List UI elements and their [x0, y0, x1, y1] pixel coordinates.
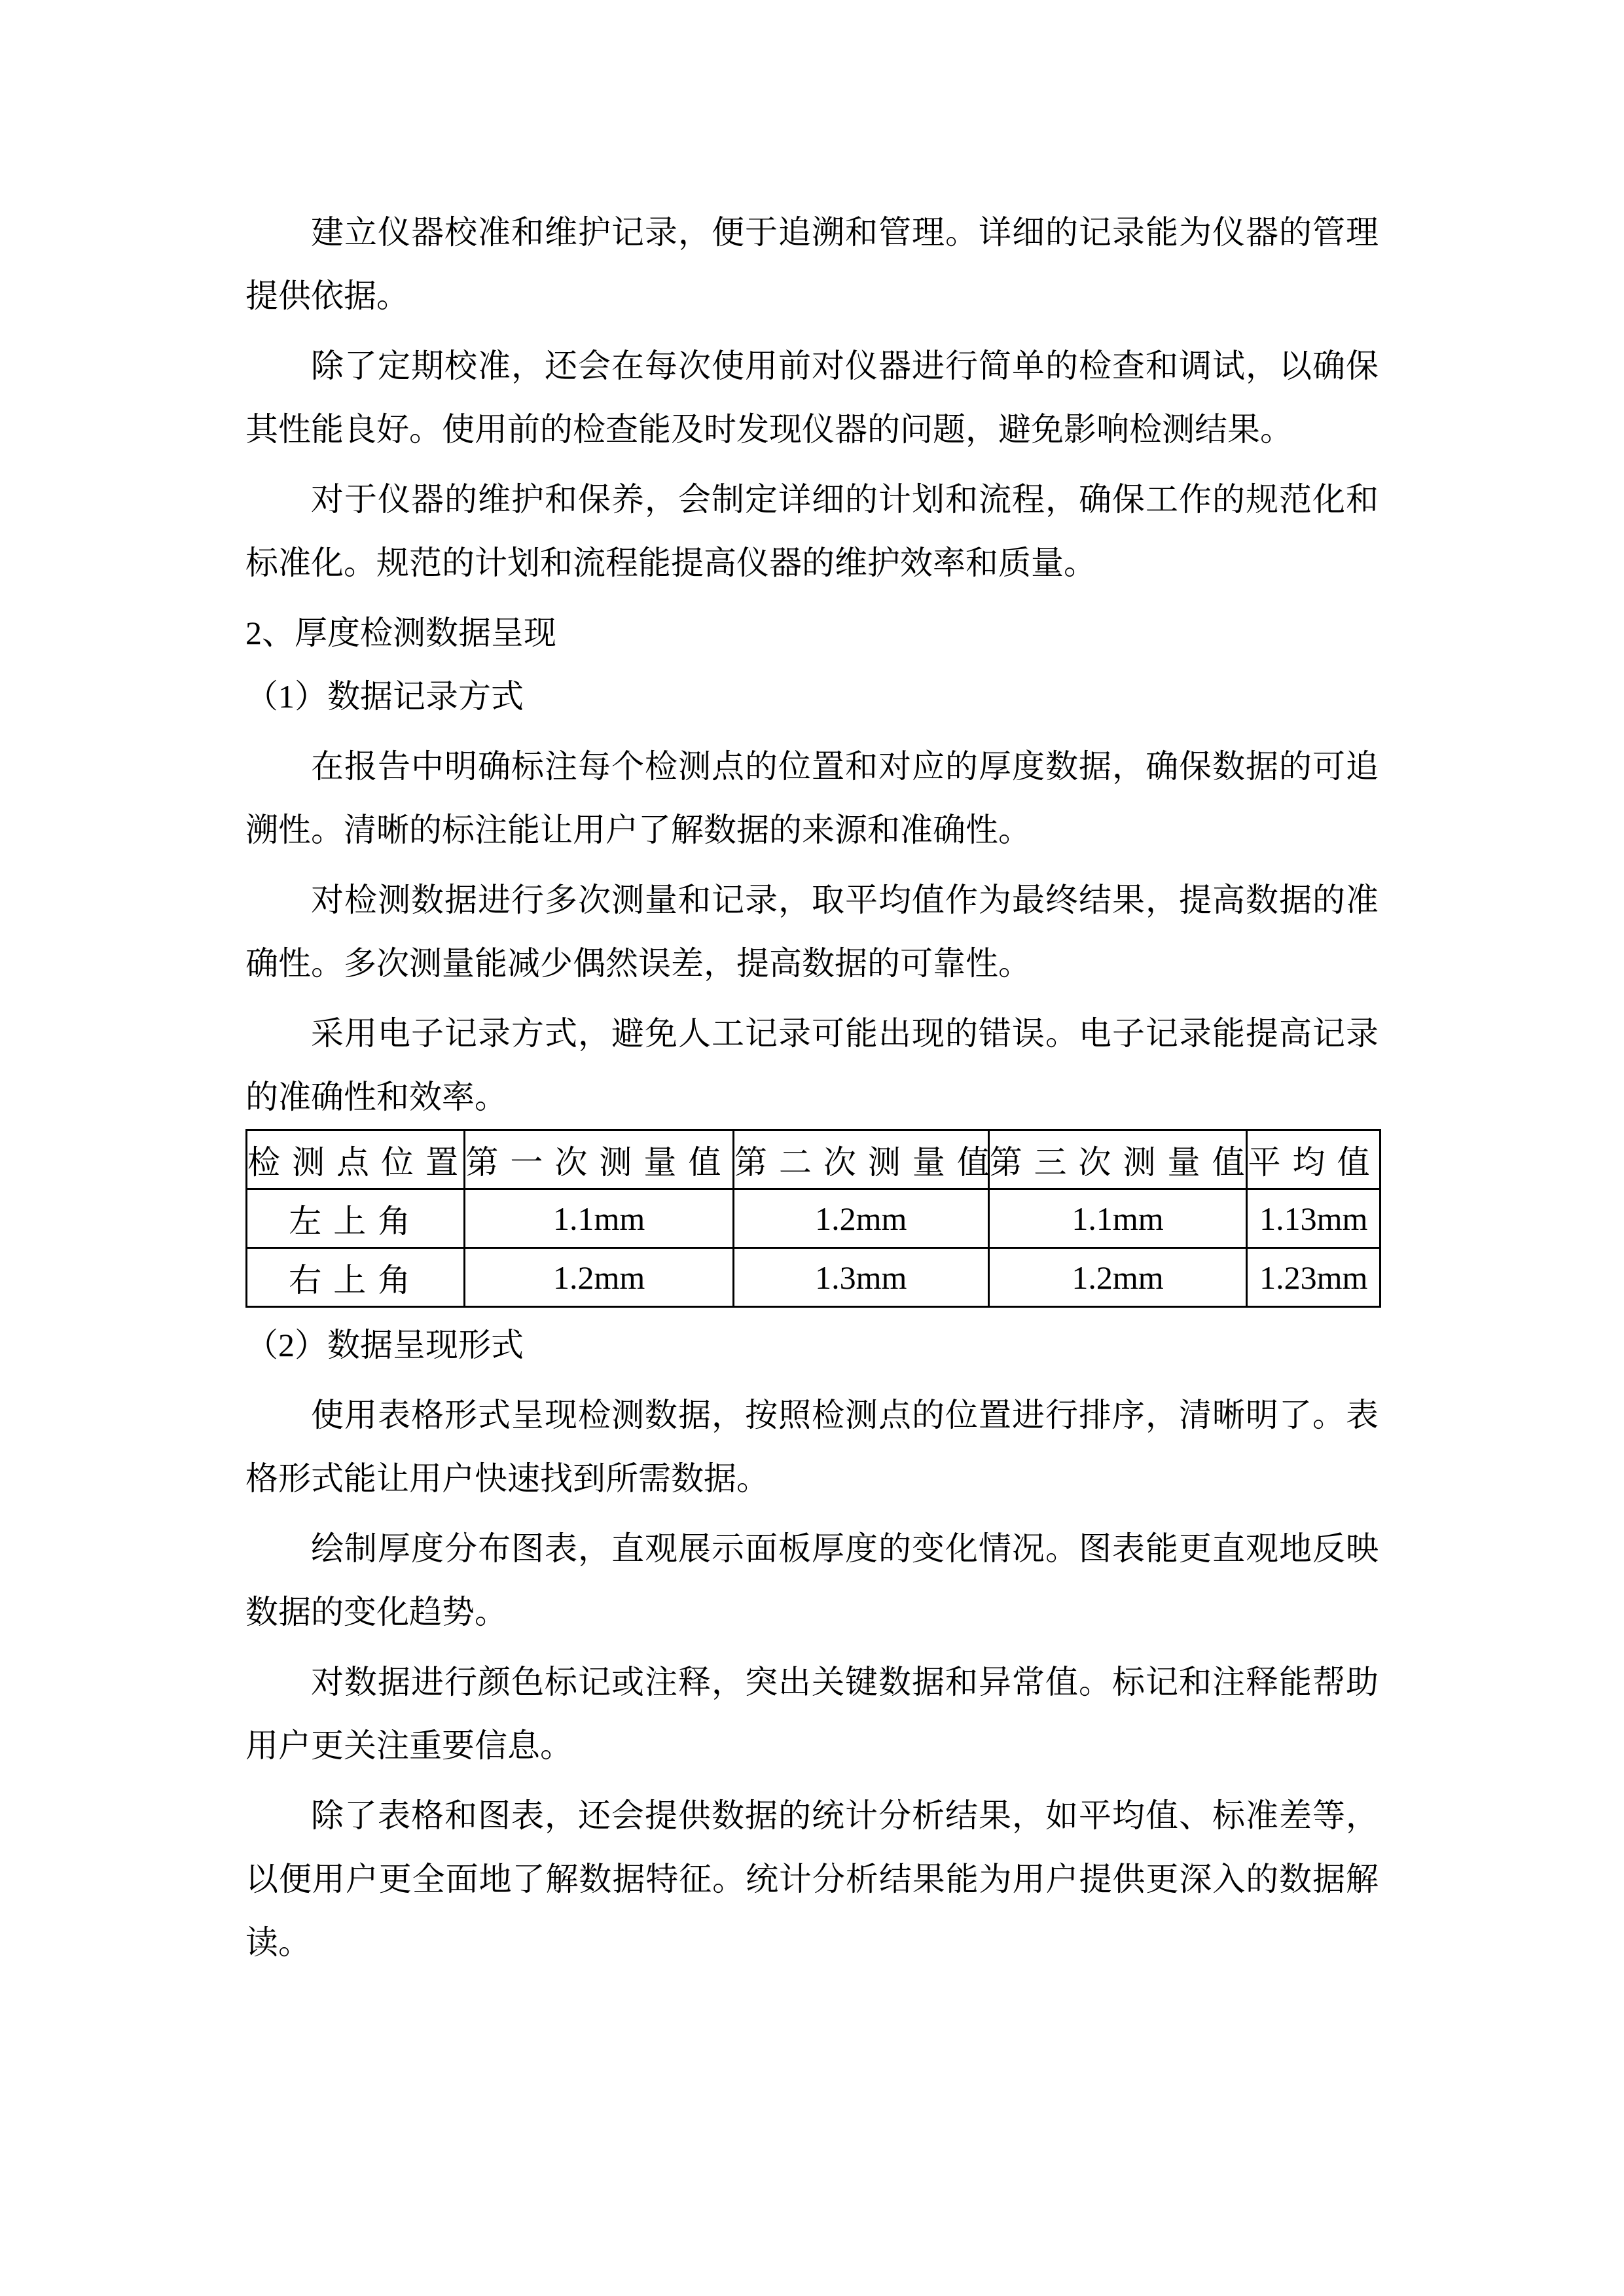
table-row-top-right: 右上角 1.2mm 1.3mm 1.2mm 1.23mm — [247, 1248, 1380, 1307]
document-content: 建立仪器校准和维护记录，便于追溯和管理。详细的记录能为仪器的管理提供依据。 除了… — [0, 0, 1624, 1975]
paragraph-electronic-recording: 采用电子记录方式，避免人工记录可能出现的错误。电子记录能提高记录的准确性和效率。 — [245, 1002, 1379, 1129]
table-cell-value: 1.1mm — [465, 1189, 733, 1248]
subsection-heading-data-recording: （1）数据记录方式 — [245, 665, 1379, 728]
table-cell-position: 左上角 — [247, 1189, 465, 1248]
table-header-cell-first-measurement: 第一次测量值 — [465, 1130, 733, 1189]
paragraph-calibration-records: 建立仪器校准和维护记录，便于追溯和管理。详细的记录能为仪器的管理提供依据。 — [245, 201, 1379, 328]
paragraph-color-marking: 对数据进行颜色标记或注释，突出关键数据和异常值。标记和注释能帮助用户更关注重要信… — [245, 1651, 1379, 1778]
table-cell-value: 1.2mm — [733, 1189, 988, 1248]
table-cell-value: 1.3mm — [733, 1248, 988, 1307]
table-header-cell-average: 平均值 — [1247, 1130, 1380, 1189]
table-header-cell-position: 检测点位置 — [247, 1130, 465, 1189]
paragraph-statistical-analysis: 除了表格和图表，还会提供数据的统计分析结果，如平均值、标准差等，以便用户更全面地… — [245, 1784, 1379, 1975]
paragraph-thickness-chart: 绘制厚度分布图表，直观展示面板厚度的变化情况。图表能更直观地反映数据的变化趋势。 — [245, 1517, 1379, 1644]
table-cell-value: 1.2mm — [465, 1248, 733, 1307]
paragraph-multiple-measurements: 对检测数据进行多次测量和记录，取平均值作为最终结果，提高数据的准确性。多次测量能… — [245, 869, 1379, 996]
table-header-row: 检测点位置 第一次测量值 第二次测量值 第三次测量值 平均值 — [247, 1130, 1380, 1189]
paragraph-maintenance-plan: 对于仪器的维护和保养，会制定详细的计划和流程，确保工作的规范化和标准化。规范的计… — [245, 468, 1379, 595]
table-header-cell-third-measurement: 第三次测量值 — [988, 1130, 1247, 1189]
paragraph-point-labeling: 在报告中明确标注每个检测点的位置和对应的厚度数据，确保数据的可追溯性。清晰的标注… — [245, 735, 1379, 862]
table-cell-average: 1.13mm — [1247, 1189, 1380, 1248]
subsection-heading-data-presentation: （2）数据呈现形式 — [245, 1314, 1379, 1377]
table-cell-average: 1.23mm — [1247, 1248, 1380, 1307]
document-page: 建立仪器校准和维护记录，便于追溯和管理。详细的记录能为仪器的管理提供依据。 除了… — [0, 0, 1624, 2296]
table-cell-position: 右上角 — [247, 1248, 465, 1307]
table-header-cell-second-measurement: 第二次测量值 — [733, 1130, 988, 1189]
paragraph-table-format: 使用表格形式呈现检测数据，按照检测点的位置进行排序，清晰明了。表格形式能让用户快… — [245, 1384, 1379, 1511]
measurement-table: 检测点位置 第一次测量值 第二次测量值 第三次测量值 平均值 左上角 1.1mm… — [245, 1129, 1381, 1308]
table-row-top-left: 左上角 1.1mm 1.2mm 1.1mm 1.13mm — [247, 1189, 1380, 1248]
section-heading-thickness-data: 2、厚度检测数据呈现 — [245, 601, 1379, 665]
paragraph-pre-use-check: 除了定期校准，还会在每次使用前对仪器进行简单的检查和调试，以确保其性能良好。使用… — [245, 334, 1379, 461]
table-cell-value: 1.2mm — [988, 1248, 1247, 1307]
table-cell-value: 1.1mm — [988, 1189, 1247, 1248]
